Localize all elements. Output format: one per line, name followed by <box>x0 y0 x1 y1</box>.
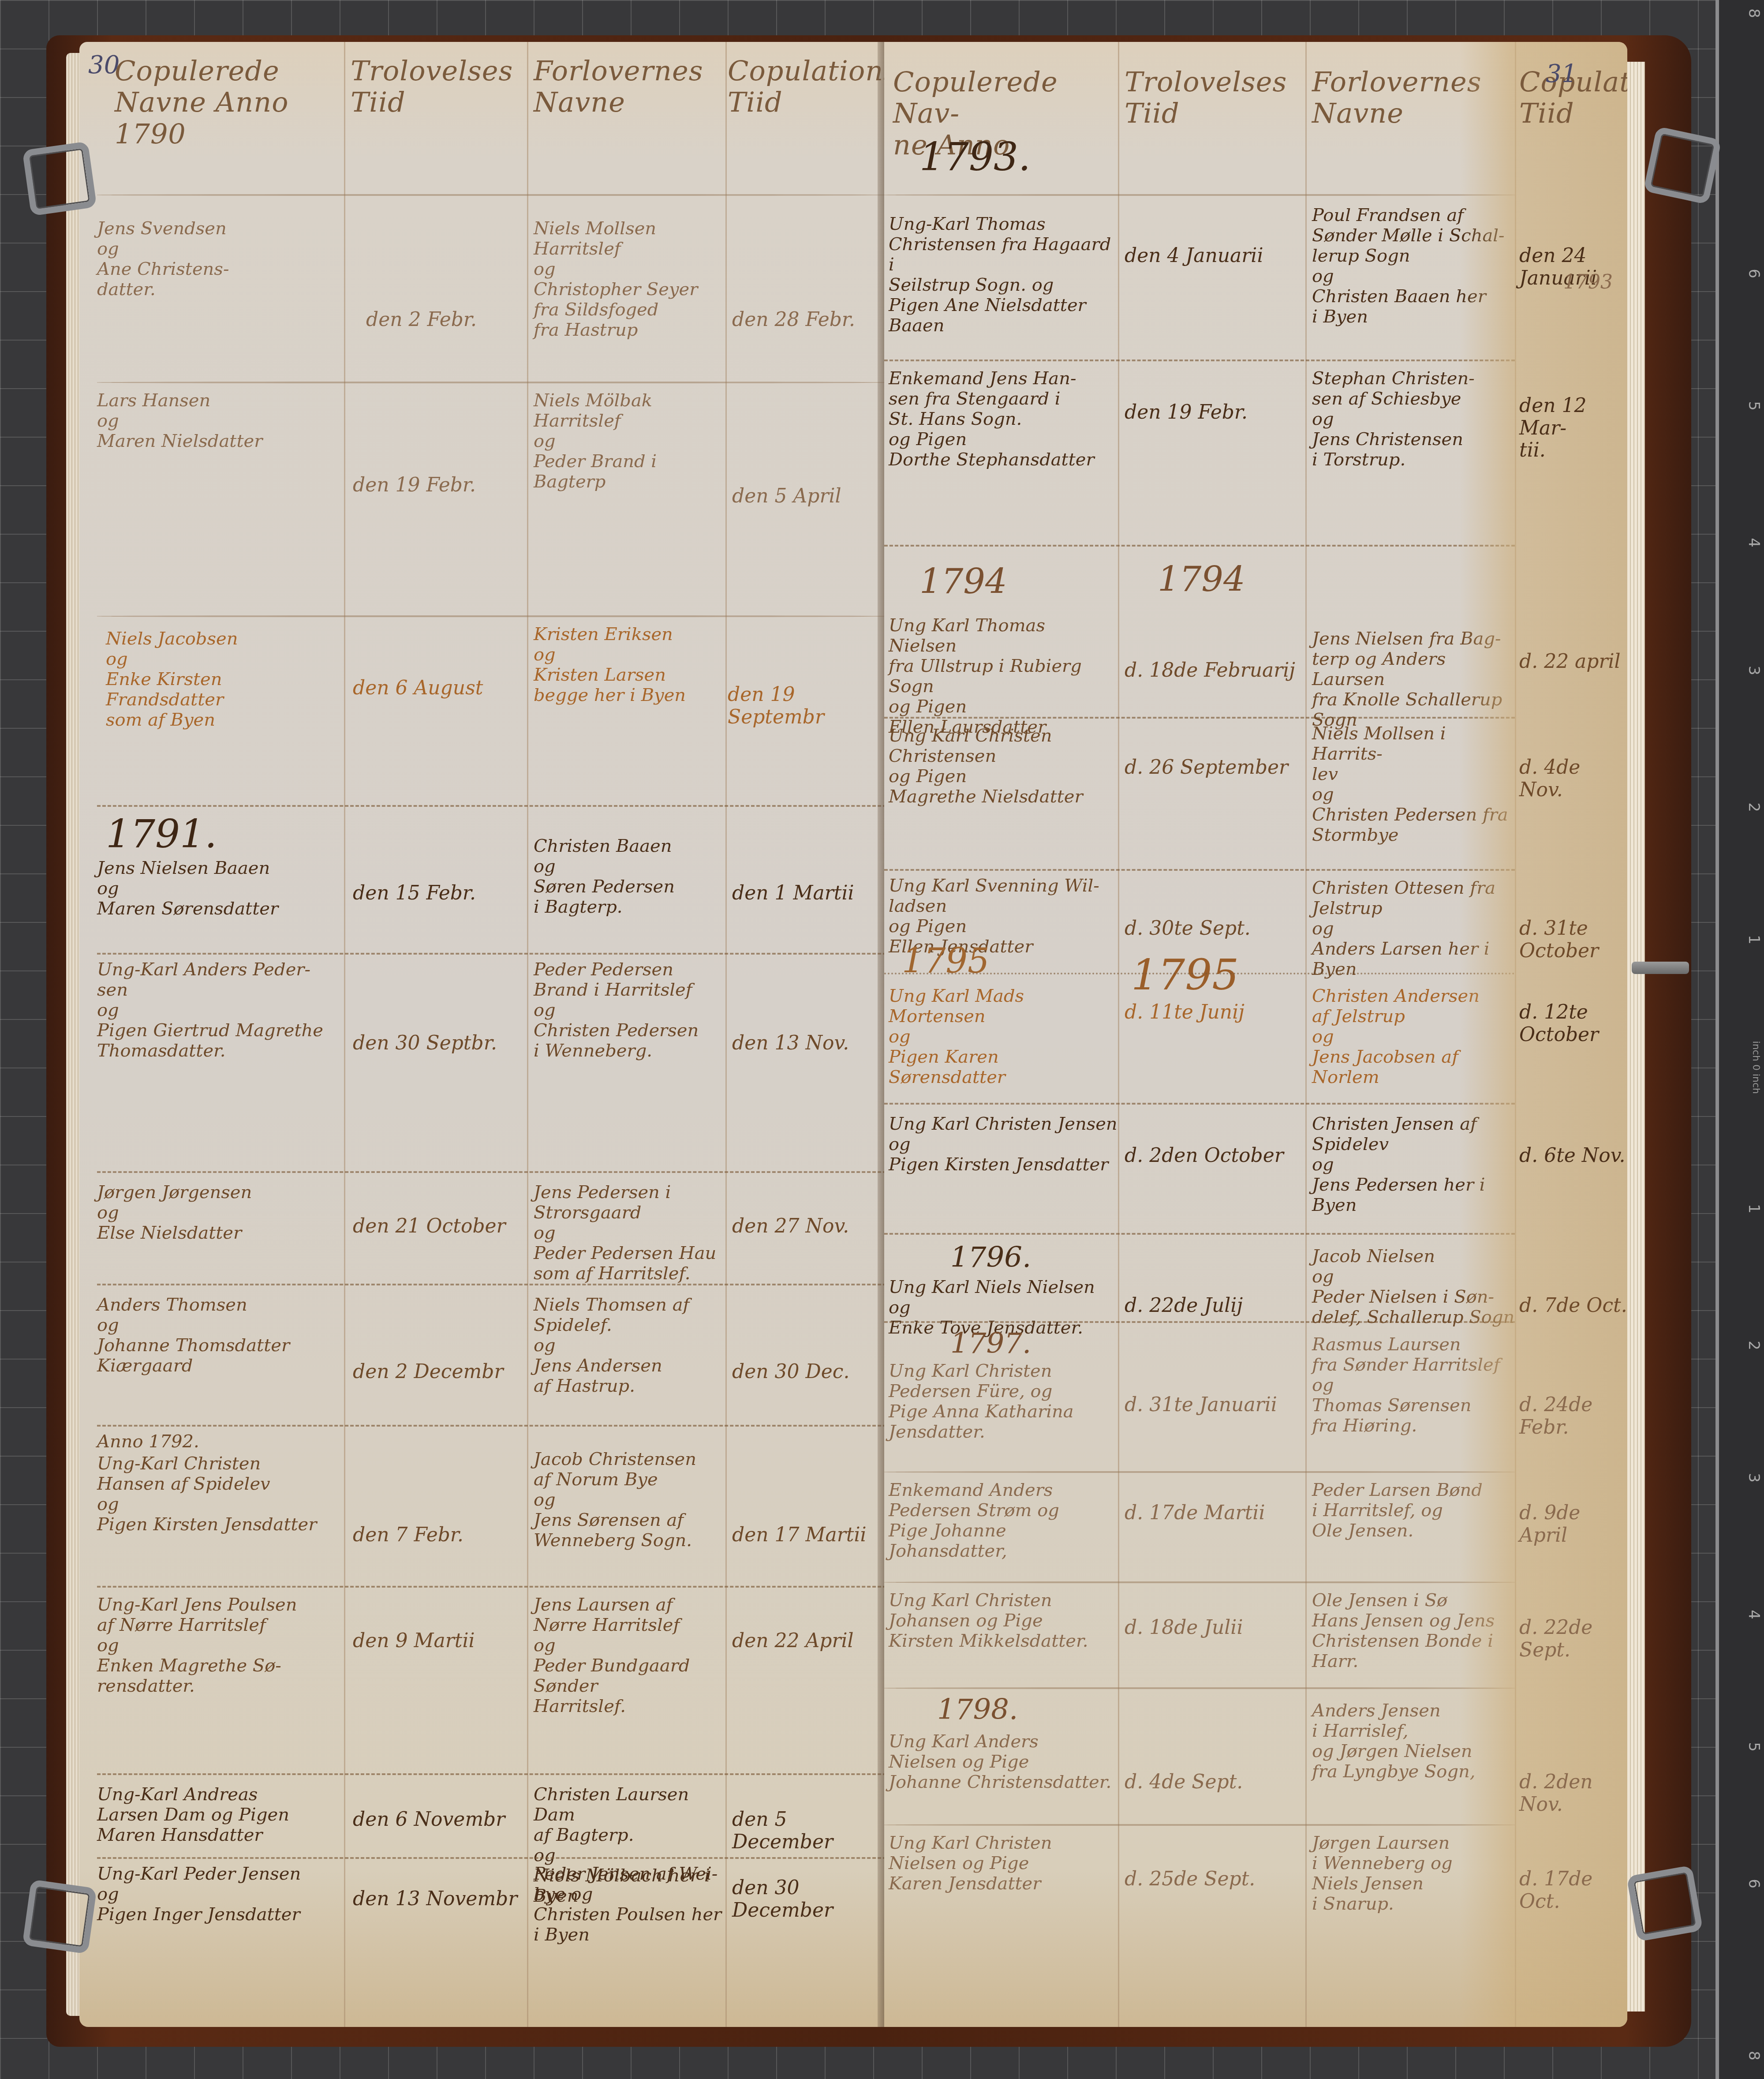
year-heading: 1795 <box>902 942 990 981</box>
page-stack-edge <box>1627 62 1645 2012</box>
sponsor-names: Jørgen Laursen i Wenneberg og Niels Jens… <box>1312 1833 1515 1914</box>
entry-separator <box>884 1103 1515 1105</box>
betrothal-year-heading: 1794 <box>1158 560 1245 600</box>
page-number: 31 <box>1546 60 1577 88</box>
column-header: Trolovelses Tiid <box>351 55 527 118</box>
betrothal-date: den 2 Decembr <box>353 1361 503 1383</box>
couple-names: Ung-Karl Anders Peder- sen og Pigen Gier… <box>97 959 344 1061</box>
couple-names: Ung-Karl Thomas Christensen fra Hagaard … <box>889 214 1118 336</box>
column-rule <box>527 42 528 2027</box>
binder-clip-top-right <box>1643 126 1722 205</box>
year-heading: 1793. <box>919 135 1031 179</box>
betrothal-date: d. 18de Julii <box>1125 1617 1243 1639</box>
couple-names: Ung-Karl Andreas Larsen Dam og Pigen Mar… <box>97 1784 344 1845</box>
wedding-date: den 17 Martii <box>732 1524 867 1547</box>
betrothal-date: den 21 October <box>353 1215 506 1238</box>
sponsor-names: Niels Mollsen Harritslef og Christopher … <box>534 218 723 340</box>
entry-separator <box>884 1824 1515 1826</box>
wedding-date: den 30 Dec. <box>732 1361 849 1383</box>
couple-names: Ung Karl Christen Johansen og Pige Kirst… <box>889 1590 1118 1651</box>
couple-names: Ung Karl Christen Nielsen og Pige Karen … <box>889 1833 1118 1894</box>
year-heading: 1794 <box>919 562 1007 602</box>
entry-separator <box>884 973 1515 974</box>
couple-names: Jens Svendsen og Ane Christens- datter. <box>97 218 344 300</box>
binder-clip-bottom-left <box>22 1879 97 1954</box>
betrothal-date: d. 2den October <box>1125 1145 1284 1167</box>
ruler-tick: 4 <box>1745 1610 1763 1619</box>
entry-separator <box>97 1586 886 1588</box>
year-heading: Anno 1792. <box>97 1431 344 1452</box>
wedding-date: d. 7de Oct. <box>1519 1295 1627 1317</box>
sponsor-names: Christen Ottesen fra Jelstrup og Anders … <box>1312 878 1515 979</box>
wedding-date: d. 31te October <box>1519 918 1627 962</box>
entry-separator <box>97 1425 886 1427</box>
betrothal-date: den 19 Febr. <box>1125 401 1248 424</box>
sponsor-names: Stephan Christen- sen af Schiesbye og Je… <box>1312 368 1515 470</box>
betrothal-date: d. 18de Februarij <box>1125 659 1295 682</box>
year-heading: 1798. <box>937 1694 1018 1727</box>
betrothal-date: den 9 Martii <box>353 1630 475 1652</box>
couple-names: Enkemand Anders Pedersen Strøm og Pige J… <box>889 1480 1118 1561</box>
entry-separator <box>884 360 1515 361</box>
couple-names: Ung-Karl Peder Jensen og Pigen Inger Jen… <box>97 1864 344 1925</box>
betrothal-date: den 30 Septbr. <box>353 1032 497 1055</box>
entry-separator <box>884 717 1515 719</box>
wedding-date: den 12 Mar- tii. <box>1519 395 1627 462</box>
column-header: Trolovelses Tiid <box>1125 66 1305 129</box>
ruler-tick: 6 <box>1745 1879 1763 1888</box>
ruler-tick: 1 <box>1745 1204 1763 1214</box>
couple-names: Jørgen Jørgensen og Else Nielsdatter <box>97 1182 344 1243</box>
entry-separator <box>884 1687 1515 1689</box>
wedding-date: d. 4de Nov. <box>1519 757 1627 801</box>
wedding-date: den 30 December <box>732 1877 889 1922</box>
betrothal-date: den 2 Febr. <box>366 309 477 331</box>
betrothal-date: d. 4de Sept. <box>1125 1771 1243 1794</box>
couple-names: Ung Karl Anders Nielsen og Pige Johanne … <box>889 1731 1118 1792</box>
wedding-date: den 13 Nov. <box>732 1032 849 1055</box>
sponsor-names: Christen Baaen og Søren Pedersen i Bagte… <box>534 836 723 917</box>
couple-names: Ung-Karl Christen Hansen af Spidelev og … <box>97 1453 344 1535</box>
sponsor-names: Peder Larsen Bønd i Harritslef, og Ole J… <box>1312 1480 1515 1541</box>
header-rule <box>884 194 1515 196</box>
binder-clip-bottom-right <box>1626 1865 1703 1942</box>
column-rule <box>1118 42 1119 2027</box>
couple-names: Ung Karl Christen Christensen og Pigen M… <box>889 726 1118 807</box>
wedding-date: d. 12te October <box>1519 1001 1627 1046</box>
column-header: Forlovernes Navne <box>534 55 725 118</box>
entry-separator <box>884 869 1515 871</box>
entry-separator <box>97 805 886 807</box>
wedding-date: d. 22de Sept. <box>1519 1617 1627 1661</box>
wedding-date: d. 17de Oct. <box>1519 1868 1627 1913</box>
entry-separator <box>97 615 886 617</box>
betrothal-date: d. 30te Sept. <box>1125 918 1251 940</box>
year-heading: 1791. <box>106 812 217 856</box>
sponsor-names: Jacob Christensen af Norum Bye og Jens S… <box>534 1449 723 1551</box>
right-page: Copulerede Nav- ne Anno Trolovelses Tiid… <box>884 42 1627 2027</box>
sponsor-names: Anders Jensen i Harrislef, og Jørgen Nie… <box>1312 1701 1515 1782</box>
column-rule <box>344 42 345 2027</box>
sponsor-names: Jens Pedersen i Strorsgaard og Peder Ped… <box>534 1182 723 1284</box>
ruler-tick: 3 <box>1745 666 1763 675</box>
wedding-date: den 5 December <box>732 1809 889 1853</box>
sponsor-names: Jens Laursen af Nørre Harritslef og Pede… <box>534 1595 723 1716</box>
column-rule <box>1305 42 1307 2027</box>
betrothal-date: d. 11te Junij <box>1125 1001 1245 1024</box>
entry-separator <box>884 545 1515 547</box>
wedding-year-note: 1793 <box>1563 271 1613 294</box>
sponsor-names: Jacob Nielsen og Peder Nielsen i Søn- de… <box>1312 1246 1515 1327</box>
header-rule <box>97 194 886 196</box>
sponsor-names: Peder Pedersen Brand i Harritslef og Chr… <box>534 959 723 1061</box>
ruler-tick: 1 <box>1745 935 1763 944</box>
wedding-date: den 1 Martii <box>732 882 854 905</box>
betrothal-date: d. 17de Martii <box>1125 1502 1265 1525</box>
betrothal-date: d. 31te Januarii <box>1125 1394 1277 1416</box>
betrothal-year-heading: 1795 <box>1131 951 1239 999</box>
betrothal-date: den 7 Febr. <box>353 1524 463 1547</box>
ruler-tick: 8 <box>1745 8 1763 18</box>
betrothal-date: d. 26 September <box>1125 757 1288 779</box>
entry-separator <box>97 1171 886 1173</box>
couple-names: Ung Karl Mads Mortensen og Pigen Karen S… <box>889 986 1118 1087</box>
betrothal-date: den 6 Novembr <box>353 1809 505 1831</box>
betrothal-date: den 15 Febr. <box>353 882 476 905</box>
betrothal-date: d. 22de Julij <box>1125 1295 1243 1317</box>
sponsor-names: Christen Andersen af Jelstrup og Jens Ja… <box>1312 986 1515 1087</box>
betrothal-date: den 4 Januarii <box>1125 245 1263 267</box>
wedding-date: d. 6te Nov. <box>1519 1145 1625 1167</box>
entry-separator <box>97 1857 886 1859</box>
entry-separator <box>97 382 886 383</box>
wedding-date: den 5 April <box>732 485 841 508</box>
sponsor-names: Peder Jensen af Wei- bye og Christen Pou… <box>534 1864 723 1945</box>
wedding-date: den 27 Nov. <box>732 1215 849 1238</box>
couple-names: Enkemand Jens Han- sen fra Stengaard i S… <box>889 368 1118 470</box>
wedding-date: den 22 April <box>732 1630 854 1652</box>
couple-names: Ung Karl Christen Pedersen Füre, og Pige… <box>889 1361 1118 1442</box>
ruler-tick: 5 <box>1745 1742 1763 1752</box>
couple-names: Ung-Karl Jens Poulsen af Nørre Harritsle… <box>97 1595 344 1696</box>
sponsor-names: Jens Nielsen fra Bag- terp og Anders Lau… <box>1312 629 1515 730</box>
betrothal-date: den 19 Febr. <box>353 474 476 497</box>
sponsor-names: Ole Jensen i Sø Hans Jensen og Jens Chri… <box>1312 1590 1515 1671</box>
entry-separator <box>97 1773 886 1775</box>
wedding-date: d. 24de Febr. <box>1519 1394 1627 1438</box>
sponsor-names: Rasmus Laursen fra Sønder Harritslef og … <box>1312 1334 1515 1436</box>
entry-separator <box>884 1471 1515 1473</box>
entry-separator <box>97 953 886 955</box>
entry-separator <box>884 1321 1515 1323</box>
column-header: Copulations Tiid <box>728 55 886 118</box>
wedding-date: d. 22 april <box>1519 651 1621 673</box>
left-page: 30 Copulerede Navne Anno 1790 Trolovelse… <box>79 42 889 2027</box>
sponsor-names: Niels Mölbak Harritslef og Peder Brand i… <box>534 390 723 492</box>
column-header: Forlovernes Navne <box>1312 66 1515 129</box>
ruler-tick: 6 <box>1745 269 1763 278</box>
wedding-date: d. 9de April <box>1519 1502 1627 1547</box>
year-heading: 1796. <box>950 1242 1031 1274</box>
ruler-tick: 8 <box>1745 2051 1763 2060</box>
ruler-tick: 4 <box>1745 538 1763 547</box>
entry-separator <box>884 1233 1515 1235</box>
couple-names: Ung Karl Christen Jensen og Pigen Kirste… <box>889 1114 1118 1175</box>
page-pin <box>1632 962 1689 974</box>
couple-names: Niels Jacobsen og Enke Kirsten Frandsdat… <box>106 629 344 730</box>
sponsor-names: Christen Jensen af Spidelev og Jens Pede… <box>1312 1114 1515 1215</box>
column-header: Copulerede Navne Anno 1790 <box>115 55 344 150</box>
couple-names: Jens Nielsen Baaen og Maren Sørensdatter <box>97 858 344 919</box>
ruler-tick: 3 <box>1745 1473 1763 1483</box>
entry-separator <box>884 1581 1515 1583</box>
wedding-date: d. 2den Nov. <box>1519 1771 1627 1816</box>
betrothal-date: d. 25de Sept. <box>1125 1868 1255 1891</box>
couple-names: Ung Karl Thomas Nielsen fra Ullstrup i R… <box>889 615 1118 737</box>
entry-separator <box>97 1284 886 1285</box>
measurement-ruler: 8 6 5 4 3 2 1 inch 0 inch 1 2 3 4 5 6 8 <box>1715 0 1764 2079</box>
couple-names: Lars Hansen og Maren Nielsdatter <box>97 390 344 451</box>
ruler-tick: 2 <box>1745 1341 1763 1350</box>
year-heading: 1797. <box>950 1328 1031 1360</box>
column-rule <box>725 42 727 2027</box>
sponsor-names: Poul Frandsen af Sønder Mølle i Schal- l… <box>1312 205 1515 327</box>
betrothal-date: den 13 Novembr <box>353 1888 517 1910</box>
wedding-date: den 19 Septembr <box>728 684 889 728</box>
sponsor-names: Niels Mollsen i Harrits- lev og Christen… <box>1312 723 1515 845</box>
sponsor-names: Kristen Eriksen og Kristen Larsen begge … <box>534 624 723 705</box>
ruler-tick: 5 <box>1745 401 1763 411</box>
column-rule <box>1515 42 1516 2027</box>
ruler-tick: 2 <box>1745 802 1763 812</box>
wedding-date: den 28 Febr. <box>732 309 855 331</box>
ruler-unit-label: inch 0 inch <box>1750 1041 1761 1094</box>
betrothal-date: den 6 August <box>353 677 483 700</box>
binder-clip-top-left <box>22 141 97 216</box>
couple-names: Anders Thomsen og Johanne Thomsdatter Ki… <box>97 1295 344 1376</box>
sponsor-names: Niels Thomsen af Spidelef. og Jens Ander… <box>534 1295 723 1396</box>
